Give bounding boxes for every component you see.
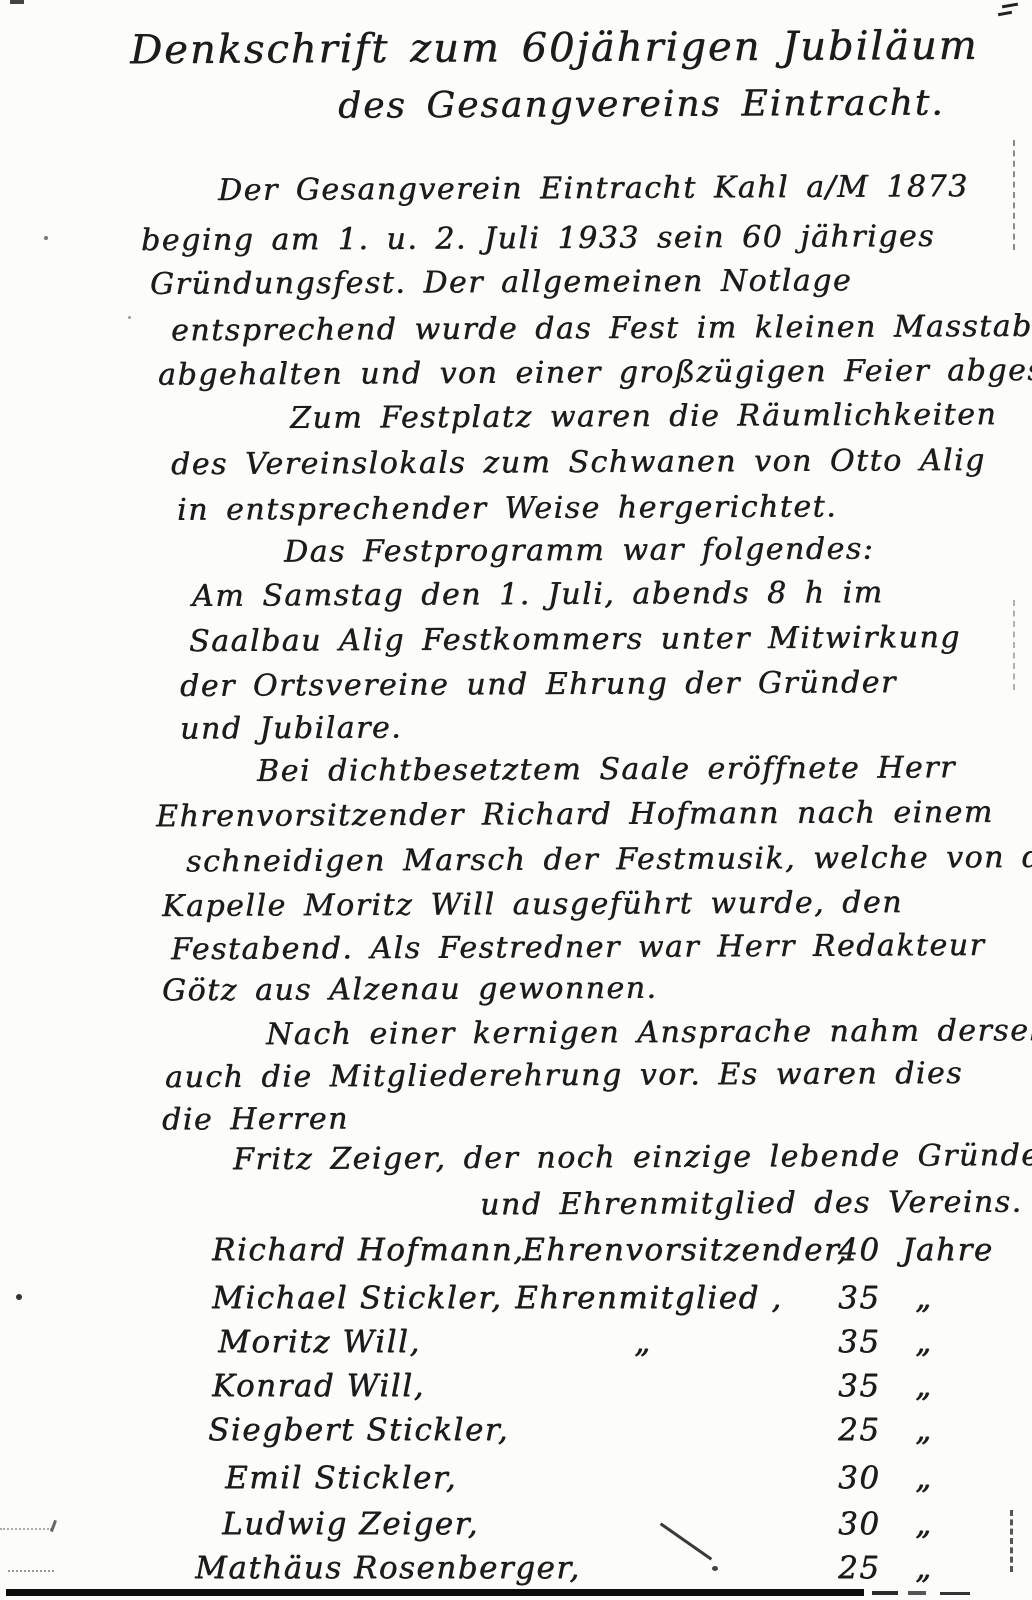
honor-row-richard-hofmann: Richard Hofmann, Ehrenvorsitzender, 40 J… <box>0 1232 1032 1276</box>
honor-row-emil-stickler: Emil Stickler, 30 „ <box>0 1460 1032 1504</box>
honoree-unit: „ <box>915 1460 933 1496</box>
scan-artifact-bottom-bar <box>6 1589 864 1596</box>
manuscript-line-21: auch die Mitgliederehrung vor. Es waren … <box>165 1057 963 1094</box>
manuscript-line-23: Fritz Zeiger, der noch einzige lebende G… <box>233 1139 1032 1176</box>
manuscript-line-12: der Ortsvereine und Ehrung der Gründer <box>180 666 897 703</box>
honoree-years: 30 <box>838 1506 880 1542</box>
manuscript-line-6: Zum Festplatz waren die Räumlichkeiten <box>290 398 997 435</box>
honoree-name: Richard Hofmann, <box>212 1232 524 1268</box>
honoree-role: Ehrenmitglied , <box>515 1280 783 1316</box>
scan-artifact-corner-mark <box>10 0 24 4</box>
honor-row-moritz-will: Moritz Will, „ 35 „ <box>0 1324 1032 1368</box>
honoree-role: Ehrenvorsitzender, <box>522 1232 848 1268</box>
scan-artifact-dotted-line-2 <box>0 1528 52 1530</box>
manuscript-page: Denkschrift zum 60jährigen Jubiläum des … <box>0 0 1032 1600</box>
honoree-years: 25 <box>838 1412 880 1448</box>
scan-artifact-left-dot <box>16 1294 22 1300</box>
honoree-unit: „ <box>915 1506 933 1542</box>
scan-artifact-right-dashes-1 <box>1013 140 1015 250</box>
honor-row-konrad-will: Konrad Will, 35 „ <box>0 1368 1032 1412</box>
scan-artifact-equals-mark-2 <box>998 11 1012 16</box>
manuscript-line-24: und Ehrenmitglied des Vereins. <box>480 1186 1023 1222</box>
honoree-name: Konrad Will, <box>212 1368 425 1404</box>
honoree-years: 35 <box>838 1368 880 1404</box>
honor-row-michael-stickler: Michael Stickler, Ehrenmitglied , 35 „ <box>0 1280 1032 1324</box>
manuscript-line-1: Der Gesangverein Eintracht Kahl a/M 1873 <box>218 170 969 207</box>
honor-row-siegbert-stickler: Siegbert Stickler, 25 „ <box>0 1412 1032 1456</box>
manuscript-line-13: und Jubilare. <box>180 711 402 745</box>
manuscript-line-5: abgehalten und von einer großzügigen Fei… <box>158 353 1032 391</box>
scan-artifact-left-speck-1 <box>44 236 48 240</box>
honoree-years: 40 <box>838 1232 880 1268</box>
honoree-years: 35 <box>838 1280 880 1316</box>
honoree-name: Michael Stickler, <box>212 1280 502 1316</box>
title-line-1: Denkschrift zum 60jährigen Jubiläum <box>130 24 979 72</box>
manuscript-line-9: Das Festprogramm war folgendes: <box>284 532 874 568</box>
honor-row-ludwig-zeiger: Ludwig Zeiger, 30 „ <box>0 1506 1032 1550</box>
scan-artifact-dotted-line-1 <box>8 1570 54 1572</box>
honor-row-mathaeus-rosenberger: Mathäus Rosenberger, 25 „ <box>0 1550 1032 1594</box>
manuscript-line-16: schneidigen Marsch der Festmusik, welche… <box>186 841 1032 879</box>
title-line-2: des Gesangvereins Eintracht. <box>338 83 945 126</box>
honoree-role: „ <box>634 1324 652 1360</box>
honoree-years: 30 <box>838 1460 880 1496</box>
manuscript-line-8: in entsprechender Weise hergerichtet. <box>177 490 837 526</box>
scan-artifact-left-speck-2 <box>128 316 131 319</box>
manuscript-line-4: entsprechend wurde das Fest im kleinen M… <box>171 310 1032 348</box>
honoree-years: 35 <box>838 1324 880 1360</box>
manuscript-line-11: Saalbau Alig Festkommers unter Mitwirkun… <box>189 621 961 658</box>
manuscript-line-15: Ehrenvorsitzender Richard Hofmann nach e… <box>156 796 994 833</box>
scan-artifact-equals-mark-1 <box>1002 3 1018 9</box>
scan-artifact-right-dashes-2 <box>1013 600 1015 690</box>
honoree-unit: „ <box>915 1550 933 1586</box>
manuscript-line-20: Nach einer kernigen Ansprache nahm derse… <box>266 1014 1032 1051</box>
scan-artifact-right-dashes-3 <box>1010 1510 1013 1572</box>
manuscript-line-17: Kapelle Moritz Will ausgeführt wurde, de… <box>162 886 903 923</box>
scan-artifact-bottom-dash-1 <box>872 1591 898 1595</box>
scan-artifact-bottom-dash-2 <box>908 1591 926 1595</box>
honoree-unit: „ <box>915 1368 933 1404</box>
honoree-name: Siegbert Stickler, <box>208 1412 509 1448</box>
honoree-name: Ludwig Zeiger, <box>222 1506 479 1542</box>
honoree-name: Mathäus Rosenberger, <box>195 1550 581 1586</box>
manuscript-line-22: die Herren <box>162 1103 349 1137</box>
manuscript-line-2: beging am 1. u. 2. Juli 1933 sein 60 jäh… <box>141 220 935 257</box>
honoree-years: 25 <box>838 1550 880 1586</box>
manuscript-line-3: Gründungsfest. Der allgemeinen Notlage <box>150 264 852 301</box>
honoree-unit: „ <box>915 1280 933 1316</box>
scan-artifact-diagonal-dot <box>712 1566 718 1571</box>
manuscript-line-7: des Vereinslokals zum Schwanen von Otto … <box>171 444 986 481</box>
manuscript-line-10: Am Samstag den 1. Juli, abends 8 h im <box>192 576 884 613</box>
manuscript-line-18: Festabend. Als Festredner war Herr Redak… <box>171 929 985 966</box>
honoree-unit: „ <box>915 1324 933 1360</box>
manuscript-line-14: Bei dichtbesetztem Saale eröffnete Herr <box>257 751 956 788</box>
scan-artifact-bottom-dash-3 <box>940 1592 970 1595</box>
honoree-name: Emil Stickler, <box>225 1460 457 1496</box>
honoree-unit: „ <box>915 1412 933 1448</box>
honoree-name: Moritz Will, <box>218 1324 421 1360</box>
honoree-unit: Jahre <box>902 1232 994 1268</box>
manuscript-line-19: Götz aus Alzenau gewonnen. <box>162 972 658 1008</box>
